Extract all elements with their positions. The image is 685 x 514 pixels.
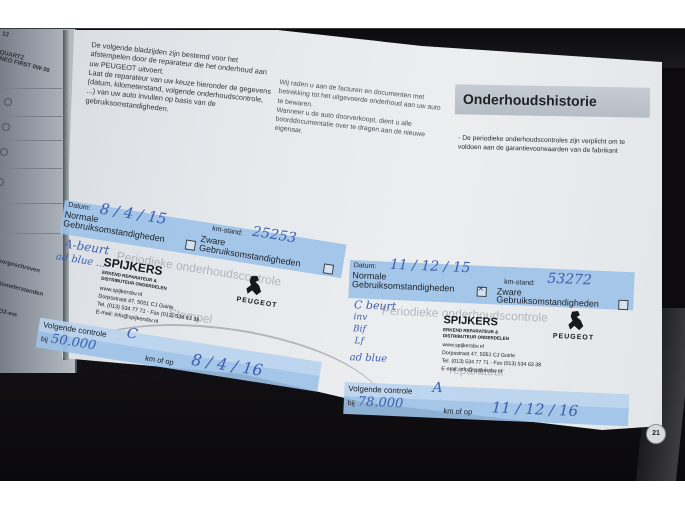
page-title: Onderhoudshistorie <box>463 91 597 109</box>
table-row <box>0 140 62 141</box>
page-corner-number: 12 <box>1 31 9 38</box>
table-row <box>0 116 62 117</box>
km-or-on-label: km of op <box>443 406 472 416</box>
row-text: voorgeschreven <box>0 257 40 274</box>
handwritten-note: inv <box>353 312 367 323</box>
row-text: CO2-em <box>0 307 17 318</box>
table-row <box>0 88 62 89</box>
date-label: Datum: <box>354 262 377 270</box>
booklet-photo: 12 QUARTZ INEO FIRST 0W-30 voorgeschreve… <box>0 28 685 481</box>
heavy-usage-checkbox[interactable] <box>618 300 628 310</box>
page-number: 21 <box>646 424 666 444</box>
stamp-company: SPIJKERS <box>443 314 498 328</box>
next-km-value: 78.000 <box>357 394 403 411</box>
handwritten-note: Bif <box>353 324 366 335</box>
km-value: 53272 <box>547 271 592 289</box>
at-label: bij <box>348 400 355 407</box>
table-dot <box>0 148 8 156</box>
normal-usage-checkbox[interactable] <box>477 287 487 297</box>
stamp-website: www.spijkersbv.nl <box>442 342 484 350</box>
normal-usage-checkbox[interactable] <box>185 239 196 250</box>
at-label: bij <box>40 336 48 344</box>
handwritten-note: ad blue <box>350 352 388 365</box>
next-check-type: A <box>432 380 443 396</box>
table-dot <box>0 178 4 186</box>
table-row <box>0 168 62 169</box>
table-dot <box>4 98 12 106</box>
next-date-value: 11 / 12 / 16 <box>491 398 578 420</box>
table-row <box>0 233 62 234</box>
km-label: km-stand: <box>504 279 535 287</box>
table-dot <box>2 123 10 131</box>
oil-spec-header: QUARTZ INEO FIRST 0W-30 <box>0 50 52 74</box>
peugeot-lion-icon <box>242 273 267 298</box>
heavy-usage-checkbox[interactable] <box>323 263 334 274</box>
stamp-tagline: DISTRIBUTEUR ONDERDELEN <box>443 333 509 341</box>
next-check-type: C <box>126 325 139 342</box>
table-row <box>0 203 62 204</box>
handwritten-note: Lf <box>354 336 364 346</box>
service-record-2: Datum: 11 / 12 / 15 Normale Gebruiksomst… <box>342 260 649 448</box>
service-record-1: Datum: 8 / 4 / 15 Normale Gebruiksomstan… <box>31 200 346 457</box>
peugeot-lion-icon <box>565 309 588 332</box>
row-text: kilometerstanden <box>0 280 44 298</box>
stamp-brand: PEUGEOT <box>553 333 595 342</box>
stamp-brand: PEUGEOT <box>236 296 278 309</box>
